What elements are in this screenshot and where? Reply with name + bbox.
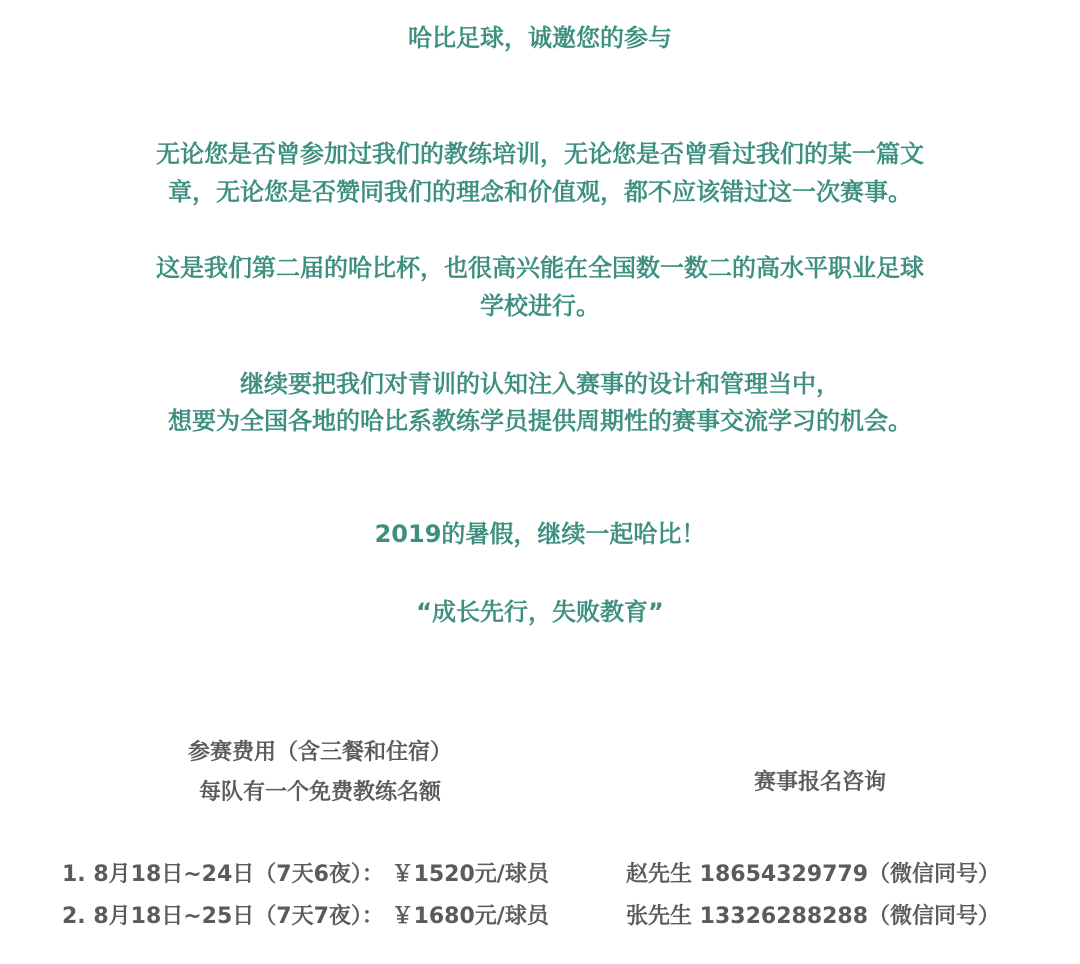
fees-heading: 参赛费用（含三餐和住宿） (100, 738, 540, 768)
contact-item: 赵先生 18654329779（微信同号） (626, 860, 1000, 890)
contact-item: 张先生 13326288288（微信同号） (626, 902, 1000, 932)
fee-item: 1. 8月18日~24日（7天6夜）： ￥1520元/球员 (62, 860, 549, 890)
paragraph-line: 无论您是否曾参加过我们的教练培训，无论您是否曾看过我们的某一篇文 (0, 138, 1080, 170)
page-title: 哈比足球，诚邀您的参与 (0, 22, 1080, 54)
paragraph-line: 章，无论您是否赞同我们的理念和价值观，都不应该错过这一次赛事。 (0, 176, 1080, 208)
contact-heading: 赛事报名咨询 (720, 768, 920, 798)
fee-item: 2. 8月18日~25日（7天7夜）： ￥1680元/球员 (62, 902, 549, 932)
paragraph-line: 学校进行。 (0, 290, 1080, 322)
motto: “成长先行，失败教育” (0, 596, 1080, 628)
paragraph-line: 想要为全国各地的哈比系教练学员提供周期性的赛事交流学习的机会。 (0, 405, 1080, 437)
paragraph-line: 继续要把我们对青训的认知注入赛事的设计和管理当中， (0, 368, 1080, 400)
slogan: 2019的暑假，继续一起哈比！ (0, 518, 1080, 550)
paragraph-line: 这是我们第二届的哈比杯，也很高兴能在全国数一数二的高水平职业足球 (0, 252, 1080, 284)
fees-subheading: 每队有一个免费教练名额 (100, 778, 540, 808)
